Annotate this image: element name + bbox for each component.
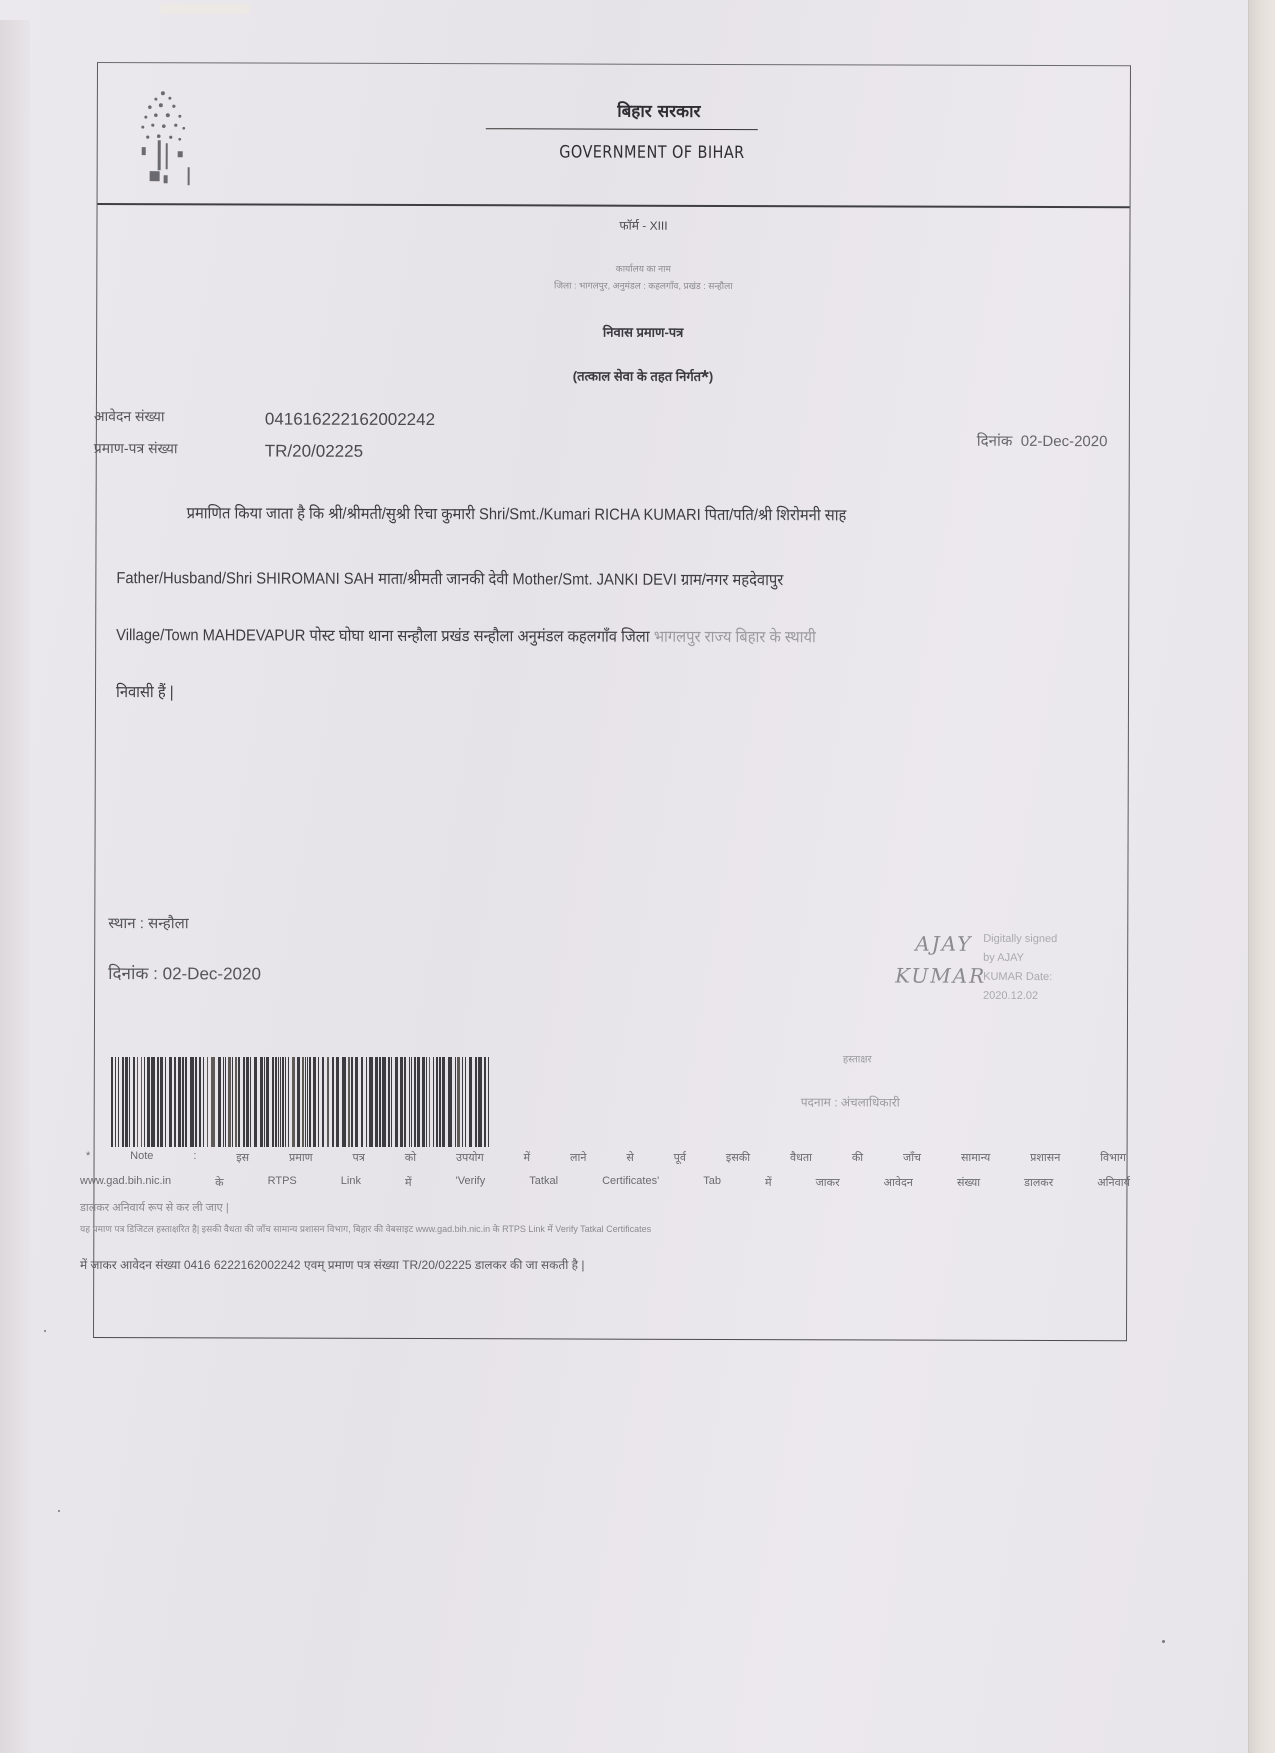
scan-speck — [1162, 1640, 1165, 1643]
note-line-1: *Note:इसप्रमाणपत्रकोउपयोगमेंलानेसेपूर्वइ… — [86, 1150, 1126, 1165]
header-title-english: GOVERNMENT OF BIHAR — [175, 141, 1052, 164]
note-word: 'Verify — [456, 1175, 486, 1190]
certificate-number-label: प्रमाण-पत्र संख्या — [94, 439, 178, 458]
note-word: Link — [341, 1175, 361, 1190]
note-word: विभाग — [1100, 1150, 1126, 1165]
signature-label: हस्ताक्षर — [843, 1051, 872, 1065]
digital-sign-line-1: Digitally signed — [983, 930, 1057, 949]
note-word: में — [524, 1150, 531, 1165]
body-line-3-faded: भागलपुर राज्य बिहार के स्थायी — [654, 629, 816, 647]
certificate-title: निवास प्रमाण-पत्र — [97, 321, 1129, 342]
scan-speck — [58, 1510, 60, 1512]
application-number: 041616222162002242 — [265, 410, 435, 431]
issue-date-value: 02-Dec-2020 — [1021, 433, 1108, 450]
body-line-3: Village/Town MAHDEVAPUR पोस्ट घोघा थाना … — [116, 623, 816, 647]
digital-signature-block: Digitally signed by AJAY KUMAR Date: 202… — [983, 930, 1057, 1006]
office-label: कार्यालय का नाम — [97, 260, 1129, 276]
note-word: Tatkal — [529, 1175, 558, 1190]
note-word: को — [405, 1150, 416, 1165]
note-line-5: में जाकर आवेदन संख्या 0416 6222162002242… — [80, 1256, 584, 1273]
digital-sign-line-3: KUMAR Date: — [983, 968, 1057, 987]
note-word: इसकी — [726, 1150, 750, 1165]
signature-name-line-1: AJAY — [915, 932, 972, 956]
note-word: में — [765, 1175, 772, 1190]
issue-date: दिनांक 02-Dec-2020 — [977, 431, 1108, 451]
signature-name-line-2: KUMAR — [895, 964, 986, 988]
note-word: संख्या — [957, 1175, 980, 1190]
note-line-4: यह प्रमाण पत्र डिजिटल हस्ताक्षरित है| इस… — [80, 1222, 651, 1235]
note-word: : — [193, 1150, 196, 1165]
note-word[interactable]: www.gad.bih.nic.in — [80, 1175, 171, 1190]
note-word: आवेदन — [884, 1175, 913, 1190]
note-word: उपयोग — [456, 1150, 484, 1165]
note-word: पत्र — [353, 1150, 365, 1165]
header-title-hindi: बिहार सरकार — [98, 97, 1130, 123]
paper-right-edge — [1248, 0, 1275, 1753]
note-word: प्रशासन — [1030, 1150, 1060, 1165]
note-line-3: डालकर अनिवार्य रूप से कर ली जाए | — [80, 1200, 229, 1215]
note-word: में — [405, 1175, 412, 1190]
note-word: से — [626, 1150, 633, 1165]
body-line-1: प्रमाणित किया जाता है कि श्री/श्रीमती/सु… — [187, 501, 847, 525]
subtitle-close: ) — [709, 369, 713, 384]
place: स्थान : सन्हौला — [108, 913, 188, 933]
digital-sign-line-2: by AJAY — [983, 949, 1057, 968]
issue-date-label: दिनांक — [977, 433, 1013, 450]
note-word: अनिवार्य — [1097, 1175, 1130, 1190]
certificate-subtitle: (तत्काल सेवा के तहत निर्गत*) — [97, 365, 1129, 391]
subtitle-text: (तत्काल सेवा के तहत निर्गत — [573, 368, 701, 383]
note-line-2: www.gad.bih.nic.inकेRTPSLinkमें'VerifyTa… — [80, 1175, 1130, 1190]
note-word: जाँच — [903, 1150, 921, 1165]
note-word: लाने — [570, 1150, 586, 1165]
paper-left-edge — [0, 20, 30, 1753]
application-number-label: आवेदन संख्या — [94, 407, 165, 426]
note-word: वैधता — [790, 1150, 812, 1165]
note-word: Certificates' — [602, 1175, 659, 1190]
scan-speck — [44, 1330, 46, 1332]
note-word: प्रमाण — [289, 1150, 313, 1165]
designation: पदनाम : अंचलाधिकारी — [801, 1093, 900, 1110]
barcode-icon — [111, 1057, 491, 1147]
note-word: पूर्व — [674, 1150, 686, 1165]
body-line-3-text: Village/Town MAHDEVAPUR पोस्ट घोघा थाना … — [116, 627, 654, 646]
header-bottom-rule — [98, 203, 1130, 208]
note-word: की — [852, 1150, 863, 1165]
note-word: Tab — [703, 1175, 721, 1190]
certificate-number: TR/20/02225 — [265, 442, 363, 462]
asterisk-icon: * — [701, 367, 709, 389]
footer-date: दिनांक : 02-Dec-2020 — [108, 961, 261, 984]
office-district: जिला : भागलपुर, अनुमंडल : कहलगाँव, प्रखं… — [97, 277, 1129, 293]
note-word: RTPS — [268, 1175, 297, 1190]
body-line-4: निवासी हैं | — [116, 680, 174, 702]
note-word: * — [86, 1150, 90, 1165]
form-number: फॉर्म - XIII — [97, 215, 1129, 235]
body-line-2: Father/Husband/Shri SHIROMANI SAH माता/श… — [116, 566, 783, 590]
note-word: सामान्य — [961, 1150, 990, 1165]
digital-sign-line-4: 2020.12.02 — [983, 987, 1057, 1006]
note-word: इस — [236, 1150, 249, 1165]
note-word: डालकर — [1024, 1175, 1053, 1190]
header-divider — [486, 128, 758, 130]
note-word: के — [215, 1175, 223, 1190]
note-word: जाकर — [816, 1175, 840, 1190]
tape-mark — [160, 4, 250, 14]
note-word: Note — [130, 1150, 153, 1165]
